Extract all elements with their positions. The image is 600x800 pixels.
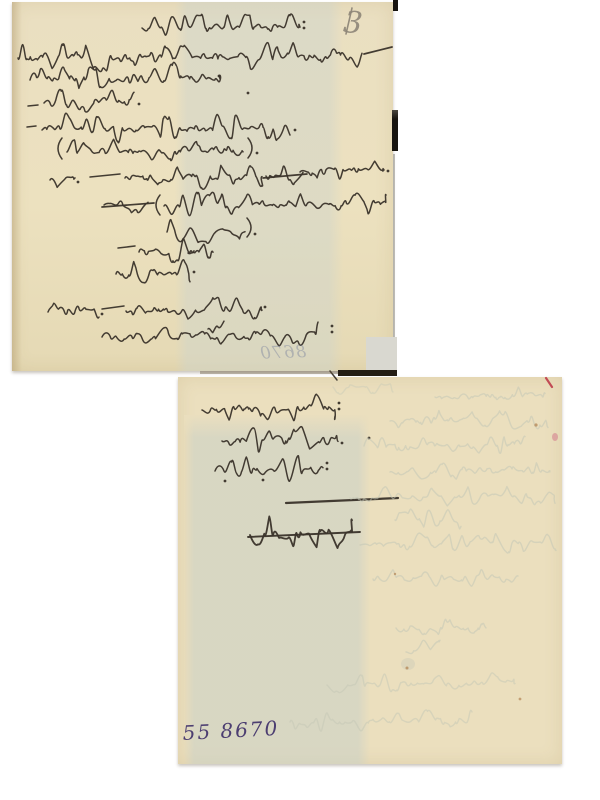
ink-mark: [264, 306, 267, 309]
ink-mark: [294, 129, 297, 132]
handwriting-stroke: [360, 533, 556, 553]
handwriting-layer: [12, 2, 393, 371]
ink-mark: [326, 462, 329, 471]
ink-mark: [218, 75, 221, 78]
handwriting-layer: [178, 377, 562, 764]
page-number-mark: 3: [342, 5, 364, 42]
handwriting-stroke: [390, 411, 548, 429]
ink-mark: [546, 378, 552, 387]
scanner-black-mark: [393, 0, 398, 11]
ink-mark: [90, 174, 120, 177]
ink-mark: [58, 138, 62, 159]
handwriting-stroke: [222, 427, 338, 452]
handwriting-stroke: [290, 710, 472, 731]
scanner-black-mark: [338, 370, 397, 376]
ink-mark: [519, 698, 522, 701]
handwriting-stroke: [67, 139, 243, 160]
ink-mark: [534, 423, 537, 426]
handwriting-stroke: [215, 456, 323, 482]
ghost-number-bleedthrough: 8670: [259, 342, 307, 364]
handwriting-stroke: [406, 640, 440, 653]
ink-mark: [247, 218, 251, 237]
ink-mark: [28, 105, 38, 106]
ink-mark: [101, 313, 104, 316]
ink-mark: [262, 479, 265, 482]
ink-mark: [406, 667, 409, 670]
handwriting-stroke: [327, 673, 515, 693]
ink-mark: [102, 306, 124, 309]
handwriting-stroke: [364, 436, 525, 453]
ink-mark: [118, 246, 135, 248]
ink-mark: [248, 138, 252, 158]
ink-mark: [394, 573, 396, 575]
handwriting-stroke: [164, 192, 386, 215]
ink-mark: [341, 442, 344, 445]
handwriting-stroke: [50, 177, 75, 187]
handwriting-stroke: [202, 394, 335, 420]
handwriting-stroke: [435, 387, 545, 399]
ink-mark: [254, 233, 257, 236]
ink-mark: [156, 195, 160, 215]
scanned-document: 3 8670 55 8670: [0, 0, 600, 800]
page-2: 55 8670: [178, 377, 562, 764]
page-bottom-shadow: [200, 371, 338, 374]
archive-number: 55 8670: [182, 716, 280, 745]
ink-mark: [338, 402, 341, 411]
ink-mark: [286, 498, 398, 503]
ink-mark: [193, 271, 196, 274]
page-1: 3 8670: [12, 2, 393, 371]
scanner-black-mark: [392, 110, 398, 151]
ink-mark: [247, 92, 250, 95]
ink-mark: [387, 170, 390, 173]
handwriting-stroke: [350, 487, 555, 506]
ink-mark: [27, 126, 36, 127]
handwriting-stroke: [18, 43, 362, 72]
handwriting-stroke: [167, 220, 245, 244]
handwriting-stroke: [116, 260, 190, 283]
ink-mark: [77, 181, 80, 184]
ink-mark: [331, 325, 334, 334]
ink-mark: [138, 103, 141, 106]
handwriting-stroke: [44, 90, 134, 113]
ink-mark: [303, 21, 306, 30]
handwriting-stroke: [333, 384, 393, 394]
handwriting-stroke: [390, 463, 550, 479]
handwriting-stroke: [300, 161, 384, 179]
handwriting-stroke: [142, 14, 300, 35]
handwriting-stroke: [125, 165, 263, 189]
ink-mark: [256, 152, 259, 155]
handwriting-stroke: [42, 113, 290, 142]
handwriting-stroke: [373, 570, 518, 587]
handwriting-stroke: [208, 321, 224, 333]
handwriting-stroke: [139, 239, 194, 263]
ink-mark: [552, 433, 558, 441]
ink-mark: [224, 480, 227, 483]
handwriting-stroke: [30, 62, 221, 88]
handwriting-stroke: [396, 619, 486, 634]
handwriting-stroke: [126, 297, 262, 319]
ink-mark: [364, 47, 392, 54]
handwriting-stroke: [395, 509, 461, 529]
corner-gap: [366, 337, 397, 371]
handwriting-stroke: [48, 303, 99, 318]
